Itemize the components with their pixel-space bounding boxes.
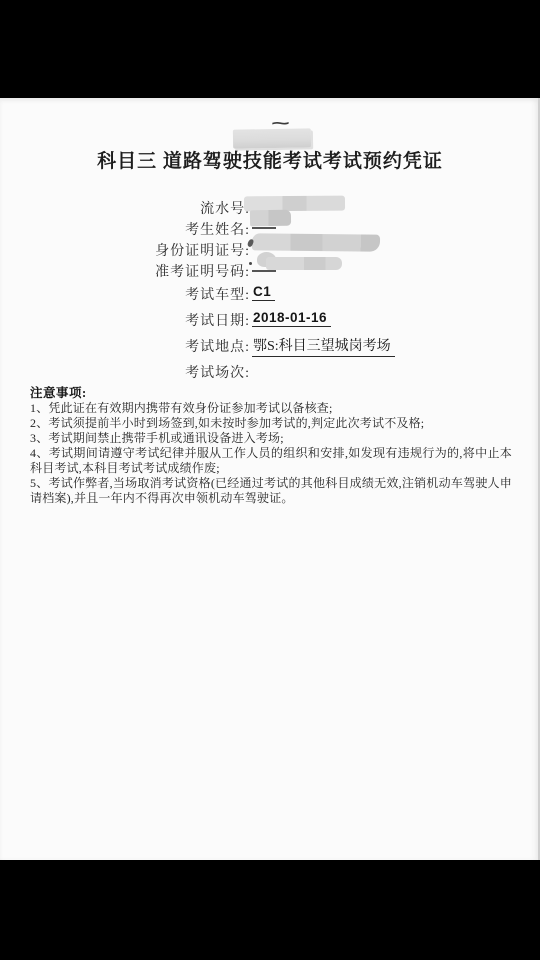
bottom-letterbox-bar (0, 860, 540, 960)
notice-item: 1、凭此证在有效期内携带有效身份证参加考试以备核查; (30, 401, 512, 416)
notice-item: 5、考试作弊者,当场取消考试资格(已经通过考试的其他科目成绩无效,注销机动车驾驶… (30, 476, 512, 506)
field-row-exam-date: 考试日期: 2018-01-16 (0, 310, 540, 327)
document-title: 科目三 道路驾驶技能考试考试预约凭证 (0, 146, 540, 173)
notice-heading: 注意事项: (30, 386, 512, 401)
field-label: 考试地点: (185, 336, 250, 356)
field-label: 流水号: (200, 198, 250, 218)
field-label: 准考证明号码: (155, 261, 250, 281)
field-row-vehicle-type: 考试车型: C1 (0, 284, 540, 301)
redacted-value (244, 196, 345, 212)
top-letterbox-bar (0, 0, 540, 98)
field-row-exam-session: 考试场次: (0, 362, 540, 379)
field-row-exam-location: 考试地点: 鄂S:科目三望城岗考场 (0, 336, 540, 353)
notice-item: 3、考试期间禁止携带手机或通讯设备进入考场; (30, 431, 512, 446)
exam-date-value: 2018-01-16 (252, 310, 331, 327)
field-label: 身份证明证号: (155, 240, 250, 260)
scribble-mark: ~ (271, 114, 290, 132)
notice-section: 注意事项: 1、凭此证在有效期内携带有效身份证参加考试以备核查; 2、考试须提前… (30, 386, 512, 506)
phone-screen: ~ 科目三 道路驾驶技能考试考试预约凭证 流水号: 考生姓名: 身份证明证号: … (0, 0, 540, 960)
redacted-value (266, 257, 342, 270)
notice-item: 2、考试须提前半小时到场签到,如未按时参加考试的,判定此次考试不及格; (30, 416, 512, 431)
exam-location-value: 鄂S:科目三望城岗考场 (252, 335, 395, 357)
redaction-dot-mark (249, 262, 252, 265)
exam-voucher-document: ~ 科目三 道路驾驶技能考试考试预约凭证 流水号: 考生姓名: 身份证明证号: … (0, 98, 540, 860)
vehicle-type-value: C1 (252, 284, 275, 301)
field-label: 考试日期: (185, 310, 250, 330)
field-label: 考试场次: (185, 362, 250, 382)
redacted-value (250, 210, 291, 227)
field-label: 考试车型: (185, 284, 250, 304)
field-label: 考生姓名: (185, 219, 250, 239)
redacted-value (252, 233, 380, 251)
redaction-underline-mark (252, 270, 276, 272)
notice-item: 4、考试期间请遵守考试纪律并服从工作人员的组织和安排,如发现有违规行为的,将中止… (30, 446, 512, 476)
redaction-underline-mark (252, 227, 276, 229)
